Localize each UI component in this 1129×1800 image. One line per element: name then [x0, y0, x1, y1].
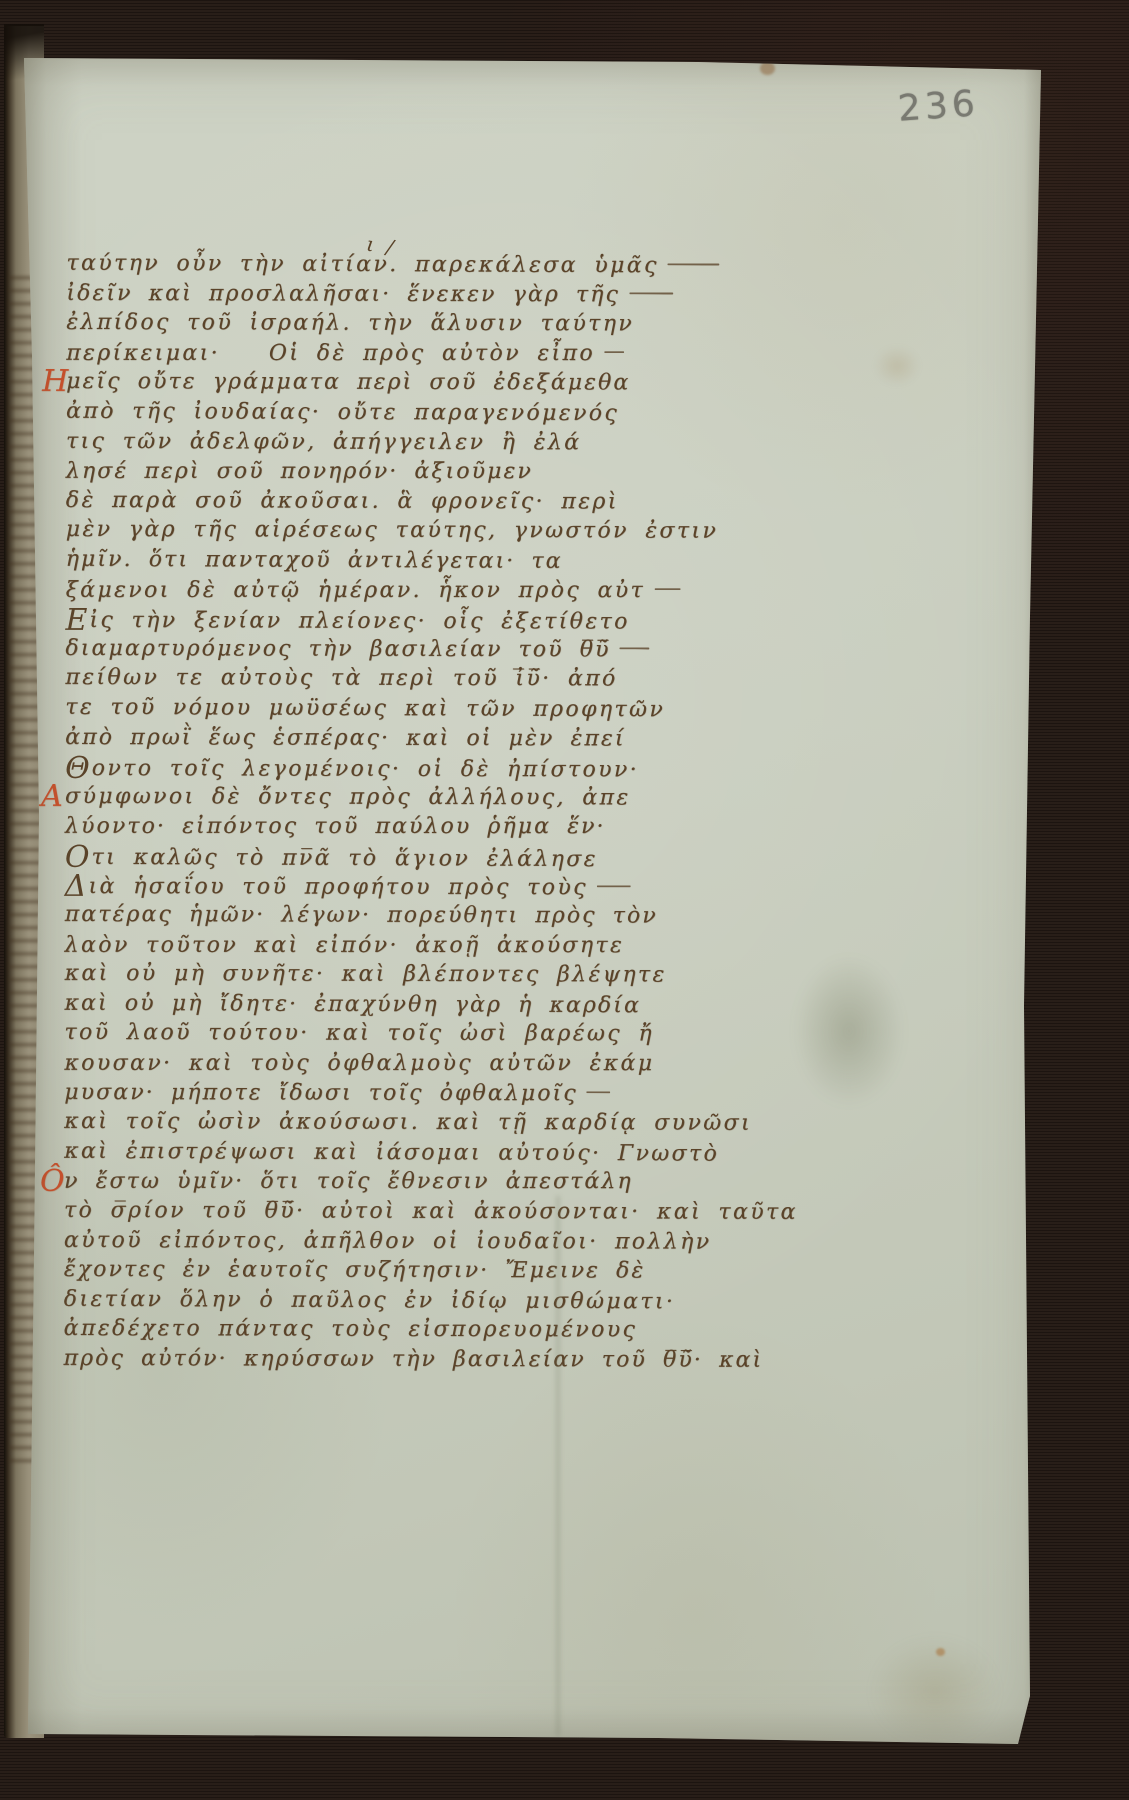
line-filler-stroke — [587, 1091, 611, 1093]
text-line: δὲ παρὰ σοῦ ἀκοῦσαι. ἃ φρονεῖς· περὶ — [66, 488, 886, 520]
line-filler-stroke — [668, 263, 720, 265]
text-line: τε τοῦ νόμου μωϋσέως καὶ τῶν προφητῶν — [65, 695, 885, 728]
line-text: ξάμενοι δὲ αὐτῷ ἡμέραν. ἧκον πρὸς αὐτ — [66, 577, 646, 602]
line-text: δὲ παρὰ σοῦ ἀκοῦσαι. ἃ φρονεῖς· περὶ — [66, 488, 619, 514]
text-line: ἔχοντες ἐν ἑαυτοῖς συζήτησιν· Ἔμεινε δὲ — [64, 1257, 884, 1289]
line-text: ἀπὸ πρωῒ ἕως ἑσπέρας· καὶ οἱ μὲν ἐπεί — [65, 724, 625, 750]
line-text: διαμαρτυρόμενος τὴν βασιλείαν τοῦ θ̅ῦ̅ — [65, 636, 610, 662]
text-line: διαμαρτυρόμενος τὴν βασιλείαν τοῦ θ̅ῦ̅ — [65, 636, 885, 668]
text-line: Οτι καλῶς τὸ πν̅ᾶ τὸ ἅγιον ἐλάλησε — [65, 843, 885, 876]
text-line: λαὸν τοῦτον καὶ εἰπόν· ἀκοῇ ἀκούσητε — [65, 932, 885, 962]
enlarged-initial: Ε — [65, 606, 87, 636]
text-line: ἐλπίδος τοῦ ἰσραήλ. τὴν ἅλυσιν ταύτην — [66, 310, 886, 342]
text-line: Ôν ἔστω ὑμῖν· ὅτι τοῖς ἔθνεσιν ἀπεστάλη — [64, 1169, 884, 1199]
stain — [936, 1648, 945, 1656]
line-text: ἔχοντες ἐν ἑαυτοῖς συζήτησιν· Ἔμεινε δὲ — [64, 1257, 646, 1284]
rubric-initial: Η — [42, 367, 68, 397]
text-line: αὐτοῦ εἰπόντος, ἀπῆλθον οἱ ἰουδαῖοι· πολ… — [64, 1228, 884, 1260]
line-text: ιὰ ἡσαΐου τοῦ προφήτου πρὸς τοὺς — [88, 874, 587, 900]
line-text: τοῦ λαοῦ τούτου· καὶ τοῖς ὠσὶ βαρέως ἤ — [64, 1020, 654, 1047]
line-filler-stroke — [597, 886, 631, 888]
line-text: διετίαν ὅλην ὁ παῦλος ἐν ἰδίῳ μισθώματι· — [64, 1286, 676, 1314]
text-line: λύοντο· εἰπόντος τοῦ παύλου ῥῆμα ἕν· — [65, 814, 885, 844]
text-line: ταύτην οὖν τὴν αἰτίαν. παρεκάλεσα ὑμᾶς — [66, 251, 886, 284]
stain — [870, 1636, 1000, 1746]
line-filler-stroke — [629, 292, 673, 294]
rubric-initial: Ô — [40, 1167, 65, 1197]
text-line: τοῦ λαοῦ τούτου· καὶ τοῖς ὠσὶ βαρέως ἤ — [64, 1020, 884, 1052]
line-text: λησέ περὶ σοῦ πονηρόν· ἀξιοῦμεν — [66, 459, 533, 484]
line-text: μὲν γὰρ τῆς αἱρέσεως ταύτης, γνωστόν ἐστ… — [66, 517, 719, 544]
text-line: Διὰ ἡσαΐου τοῦ προφήτου πρὸς τοὺς — [65, 872, 885, 904]
line-text: περίκειμαι· Οἱ δὲ πρὸς αὐτὸν εἶπο — [66, 341, 595, 366]
text-line: κουσαν· καὶ τοὺς ὀφθαλμοὺς αὐτῶν ἐκάμ — [64, 1051, 884, 1081]
text-line: καὶ τοῖς ὠσὶν ἀκούσωσι. καὶ τῇ καρδίᾳ συ… — [64, 1109, 884, 1141]
stain — [760, 62, 775, 75]
enlarged-initial: Θ — [65, 754, 90, 784]
manuscript-photo: 236 ι ∕ ταύτην οὖν τὴν αἰτίαν. παρεκάλεσ… — [0, 0, 1129, 1800]
text-line: λησέ περὶ σοῦ πονηρόν· ἀξιοῦμεν — [66, 459, 886, 489]
text-line: τὸ σ̅ρίον τοῦ θ̅ῦ̅· αὐτοὶ καὶ ἀκούσονται… — [64, 1198, 884, 1230]
text-line: ἀπεδέχετο πάντας τοὺς εἰσπορευομένους — [64, 1316, 884, 1348]
text-line: ἰδεῖν καὶ προσλαλῆσαι· ἕνεκεν γὰρ τῆς — [66, 281, 886, 313]
line-text: πρὸς αὐτόν· κηρύσσων τὴν βασιλείαν τοῦ θ… — [64, 1346, 764, 1373]
line-text: μεῖς οὔτε γράμματα περὶ σοῦ ἐδεξάμεθα — [66, 369, 630, 395]
line-text: κουσαν· καὶ τοὺς ὀφθαλμοὺς αὐτῶν ἐκάμ — [64, 1051, 654, 1076]
line-text: καὶ ἐπιστρέψωσι καὶ ἰάσομαι αὐτούς· Γνωσ… — [64, 1139, 719, 1167]
text-line: καὶ ἐπιστρέψωσι καὶ ἰάσομαι αὐτούς· Γνωσ… — [64, 1139, 884, 1172]
line-text: ἀπὸ τῆς ἰουδαίας· οὔτε παραγενόμενός — [66, 399, 619, 426]
line-text: τὸ σ̅ρίον τοῦ θ̅ῦ̅· αὐτοὶ καὶ ἀκούσονται… — [64, 1198, 798, 1225]
text-line: ἡμῖν. ὅτι πανταχοῦ ἀντιλέγεται· τα — [66, 547, 886, 580]
line-text: τις τῶν ἀδελφῶν, ἀπήγγειλεν ἢ ἐλά — [66, 428, 582, 454]
text-line: καὶ οὐ μὴ ἴδητε· ἐπαχύνθη γὰρ ἡ καρδία — [64, 991, 884, 1024]
text-line: διετίαν ὅλην ὁ παῦλος ἐν ἰδίῳ μισθώματι· — [64, 1286, 884, 1319]
enlarged-initial: Δ — [65, 872, 87, 902]
line-text: μυσαν· μήποτε ἴδωσι τοῖς ὀφθαλμοῖς — [64, 1080, 578, 1106]
text-line: μυσαν· μήποτε ἴδωσι τοῖς ὀφθαλμοῖς — [64, 1080, 884, 1112]
enlarged-initial: Ο — [65, 843, 90, 873]
text-line: μὲν γὰρ τῆς αἱρέσεως ταύτης, γνωστόν ἐστ… — [66, 517, 886, 549]
text-line: ξάμενοι δὲ αὐτῷ ἡμέραν. ἧκον πρὸς αὐτ — [66, 577, 886, 607]
text-line: πατέρας ἡμῶν· λέγων· πορεύθητι πρὸς τὸν — [65, 902, 885, 934]
text-line: ἀπὸ τῆς ἰουδαίας· οὔτε παραγενόμενός — [66, 399, 886, 432]
line-text: ἐλπίδος τοῦ ἰσραήλ. τὴν ἅλυσιν ταύτην — [66, 310, 634, 336]
rubric-initial: Α — [41, 782, 63, 812]
line-filler-stroke — [604, 351, 624, 353]
parchment-page: 236 ι ∕ ταύτην οὖν τὴν αἰτίαν. παρεκάλεσ… — [18, 56, 1044, 1748]
text-line: πείθων τε αὐτοὺς τὰ περὶ τοῦ ἰ̅ῦ̅· ἀπό — [65, 665, 885, 697]
folio-number: 236 — [897, 83, 980, 130]
line-text: τι καλῶς τὸ πν̅ᾶ τὸ ἅγιον ἐλάλησε — [91, 845, 597, 872]
text-line: περίκειμαι· Οἱ δὲ πρὸς αὐτὸν εἶπο — [66, 341, 886, 371]
line-text: λύοντο· εἰπόντος τοῦ παύλου ῥῆμα ἕν· — [65, 814, 606, 839]
line-text: ἡμῖν. ὅτι πανταχοῦ ἀντιλέγεται· τα — [66, 547, 563, 574]
line-text: τε τοῦ νόμου μωϋσέως καὶ τῶν προφητῶν — [65, 695, 665, 723]
text-line: πρὸς αὐτόν· κηρύσσων τὴν βασιλείαν τοῦ θ… — [64, 1346, 884, 1378]
text-line: Ασύμφωνοι δὲ ὄντες πρὸς ἀλλήλους, ἀπε — [65, 784, 885, 816]
line-text: σύμφωνοι δὲ ὄντες πρὸς ἀλλήλους, ἀπε — [65, 784, 631, 810]
line-filler-stroke — [654, 588, 680, 590]
line-text: καὶ οὐ μὴ ἴδητε· ἐπαχύνθη γὰρ ἡ καρδία — [64, 991, 641, 1019]
line-filler-stroke — [620, 647, 650, 649]
text-line: τις τῶν ἀδελφῶν, ἀπήγγειλεν ἢ ἐλά — [66, 428, 886, 460]
line-text: ταύτην οὖν τὴν αἰτίαν. παρεκάλεσα ὑμᾶς — [66, 251, 658, 279]
line-text: καὶ οὐ μὴ συνῆτε· καὶ βλέποντες βλέψητε — [65, 961, 667, 988]
line-text: ἀπεδέχετο πάντας τοὺς εἰσπορευομένους — [64, 1316, 638, 1343]
text-line: Θοντο τοῖς λεγομένοις· οἱ δὲ ἠπίστουν· — [65, 754, 885, 786]
text-line: καὶ οὐ μὴ συνῆτε· καὶ βλέποντες βλέψητε — [65, 961, 885, 993]
line-text: οντο τοῖς λεγομένοις· οἱ δὲ ἠπίστουν· — [92, 756, 639, 782]
text-line: Ημεῖς οὔτε γράμματα περὶ σοῦ ἐδεξάμεθα — [66, 369, 886, 401]
line-text: ἰς τὴν ξενίαν πλείονες· οἷς ἐξετίθετο — [89, 608, 629, 634]
line-text: καὶ τοῖς ὠσὶν ἀκούσωσι. καὶ τῇ καρδίᾳ συ… — [64, 1109, 752, 1136]
text-line: ἀπὸ πρωῒ ἕως ἑσπέρας· καὶ οἱ μὲν ἐπεί — [65, 724, 885, 756]
text-block: ι ∕ ταύτην οὖν τὴν αἰτίαν. παρεκάλεσα ὑμ… — [64, 251, 887, 1378]
line-text: ν ἔστω ὑμῖν· ὅτι τοῖς ἔθνεσιν ἀπεστάλη — [64, 1169, 633, 1194]
line-text: πείθων τε αὐτοὺς τὰ περὶ τοῦ ἰ̅ῦ̅· ἀπό — [65, 665, 617, 691]
line-text: ἰδεῖν καὶ προσλαλῆσαι· ἕνεκεν γὰρ τῆς — [66, 281, 620, 307]
text-line: Εἰς τὴν ξενίαν πλείονες· οἷς ἐξετίθετο — [65, 606, 885, 638]
line-text: πατέρας ἡμῶν· λέγων· πορεύθητι πρὸς τὸν — [65, 902, 658, 929]
line-text: λαὸν τοῦτον καὶ εἰπόν· ἀκοῇ ἀκούσητε — [65, 932, 625, 957]
line-text: αὐτοῦ εἰπόντος, ἀπῆλθον οἱ ἰουδαῖοι· πολ… — [64, 1228, 712, 1255]
